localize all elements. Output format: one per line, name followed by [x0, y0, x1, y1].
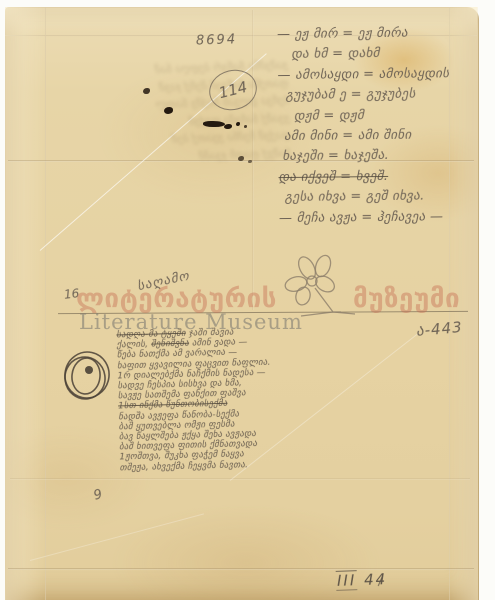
- note-line: — ამოსაყდი = ამოსაყდის: [277, 64, 487, 87]
- note-struck-text: და იქვეშ = ხვეშ.: [278, 169, 388, 185]
- note-text: და ხმ = დახმ: [291, 46, 380, 62]
- doodle-circles: [58, 349, 116, 407]
- note-text: ხაჯეში = ხაჯეშა.: [282, 148, 389, 164]
- inventory-number: 8694: [196, 32, 238, 48]
- mark-digit-struck: 4: [375, 570, 387, 588]
- bottom-classification-mark: III 44: [336, 570, 388, 590]
- note-line: დჟმ = დჟმ: [294, 105, 488, 127]
- note-line: გესა იხვა = გეშ იხვა.: [285, 186, 489, 209]
- note-text: ამი მინი = ამი შინი: [284, 128, 412, 144]
- manuscript-scan: ჟაშვმნა ჩაწვრ ბედღა ნაშ ფათქმა ნაწვემ შე…: [0, 0, 495, 600]
- poem-text-block: სადღა-მა ტყეში ჯაში შავია ქალის, შენიშვნ…: [116, 326, 319, 474]
- note-text: დჟმ = დჟმ: [294, 108, 364, 124]
- roman-numeral: III: [336, 570, 358, 591]
- page-number-text: 114: [217, 78, 249, 102]
- note-text: გუჯუბამ ე = გუჯუბეს: [286, 87, 416, 103]
- watermark-georgian-right: მუზეუმი: [353, 284, 460, 314]
- note-text: — მეჩა ავჟა = ჰეჩავეა —: [279, 209, 443, 226]
- note-line: გუჯუბამ ე = გუჯუბეს: [286, 84, 488, 107]
- note-line: ხაჯეში = ხაჯეშა.: [282, 145, 488, 168]
- note-line: და იქვეშ = ხვეშ.: [278, 166, 488, 189]
- flower-logo-icon: [281, 254, 357, 328]
- note-line: — ეჟ მირ = ეჟ მირა: [277, 23, 487, 46]
- mark-digit: 4: [364, 571, 376, 589]
- note-line: — მეჩა ავჟა = ჰეჩავეა —: [279, 207, 489, 230]
- note-line: და ხმ = დახმ: [291, 43, 487, 65]
- right-column-notes: — ეჟ მირ = ეჟ მირა და ხმ = დახმ — ამოსაყ…: [277, 23, 489, 229]
- note-text: — ეჟ მირ = ეჟ მირა: [277, 26, 408, 42]
- ink-blot: [203, 121, 225, 127]
- note-text: გესა იხვა = გეშ იხვა.: [285, 189, 425, 205]
- note-text: — ამოსაყდი = ამოსაყდის: [277, 66, 449, 83]
- note-line: ამი მინი = ამი შინი: [284, 125, 488, 148]
- ink-bleedthrough-text: ჟაშვმნა ჩაწვრ ბედღა ნაშ ფათქმა ნაწვემ შე…: [83, 56, 292, 168]
